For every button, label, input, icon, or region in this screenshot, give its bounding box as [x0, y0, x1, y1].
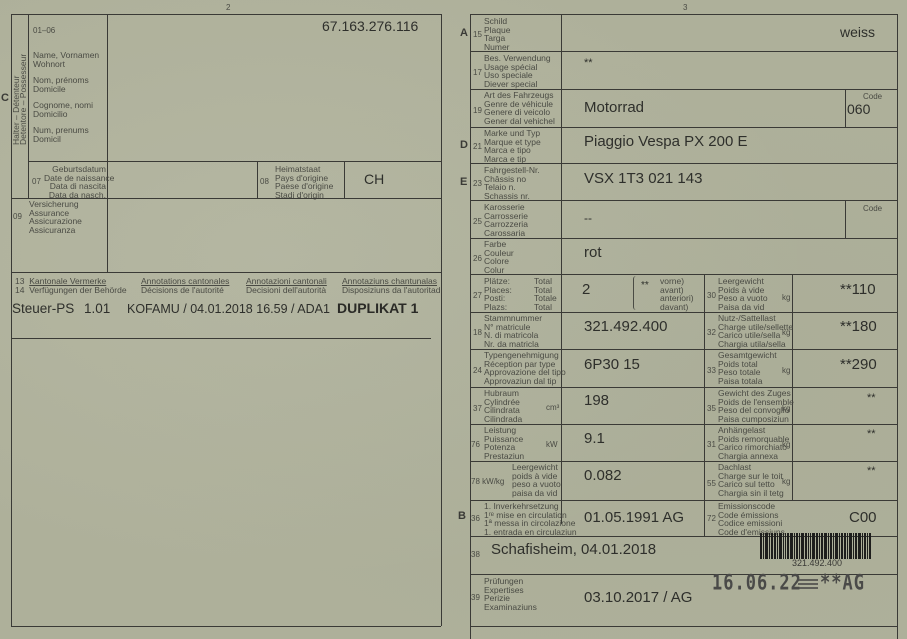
- plate-label: SchildPlaqueTargaNumer: [484, 17, 510, 51]
- field-17-number: 17: [473, 68, 482, 77]
- total-weight-value: **290: [840, 356, 877, 373]
- payload-unit: kg: [782, 328, 790, 337]
- annotations-header-rm: Annotaziuns chantunalasDisposiziuns da l…: [342, 277, 440, 294]
- holder-label-it: Cognome, nomiDomicilio: [33, 101, 93, 118]
- towing-load-value: **: [867, 428, 876, 440]
- roof-load-value: **: [867, 465, 876, 477]
- issue-place-date: Schafisheim, 04.01.2018: [491, 541, 656, 558]
- field-07-number: 07: [32, 177, 41, 186]
- field-35-number: 35: [707, 404, 716, 413]
- annotations-header-fr: Annotations cantonalesDécisions de l'aut…: [141, 277, 229, 294]
- power-weight-value: 0.082: [584, 467, 622, 484]
- vehicle-type-value: Motorrad: [584, 99, 644, 116]
- power-weight-label: Leergewichtpoids à videpeso a vuotopaisa…: [512, 463, 561, 497]
- inspection-stamp-date: 16.06.22: [712, 571, 802, 596]
- inspection-value: 03.10.2017 / AG: [584, 589, 692, 606]
- registration-number: 67.163.276.116: [322, 18, 418, 34]
- barcode: [760, 533, 893, 559]
- vehicle-type-code: 060: [847, 101, 870, 117]
- total-weight-label: GesamtgewichtPoids totalPeso totalePaisa…: [718, 351, 777, 385]
- holder-value-area[interactable]: [108, 40, 440, 160]
- displacement-unit: cm³: [546, 403, 559, 412]
- empty-weight-value: **110: [840, 281, 876, 298]
- field-39-number: 39: [471, 593, 480, 602]
- page-number-left: 2: [226, 3, 230, 12]
- emission-code-label: EmissionscodeCode émissionsCodice emissi…: [718, 502, 785, 536]
- steuer-ps-value: 1.01: [84, 301, 110, 316]
- field-37-number: 37: [473, 404, 482, 413]
- origin-label: HeimatstaatPays d'originePaese d'origine…: [275, 165, 333, 199]
- holder-vertical-label-2: Detentore – Possesseur: [19, 54, 28, 145]
- emission-code-value: C00: [849, 509, 877, 526]
- field-19-number: 19: [473, 106, 482, 115]
- chassis-value: VSX 1T3 021 143: [584, 170, 702, 187]
- master-number-label: StammnummerN° matriculeN. di matricolaNr…: [484, 314, 542, 348]
- seats-front-value: **: [641, 280, 649, 291]
- annotations-header-de: 13 Kantonale Vermerke 14 Verfügungen der…: [15, 277, 127, 294]
- displacement-value: 198: [584, 392, 609, 409]
- towing-load-label: AnhängelastPoids remorquableCarico rimor…: [718, 426, 789, 460]
- body-value: --: [584, 211, 592, 225]
- seats-label: Plätze:Places:Posti:Plazs:: [484, 277, 512, 311]
- field-78-number-unit: 78 kW/kg: [471, 477, 504, 486]
- field-55-number: 55: [707, 479, 716, 488]
- payload-value: **180: [840, 318, 877, 335]
- side-letter-e: E: [460, 176, 467, 188]
- make-type-label: Marke und TypMarque et typeMarca e tipoM…: [484, 129, 541, 163]
- annotations-free-area: [12, 339, 440, 625]
- combination-weight-unit: kg: [782, 404, 790, 413]
- power-unit: kW: [546, 440, 558, 449]
- holder-label-de: Name, VornamenWohnort: [33, 51, 99, 68]
- duplikat-badge: DUPLIKAT 1: [337, 300, 418, 316]
- inspections-label: PrüfungenExpertisesPerizieExaminaziuns: [484, 577, 537, 611]
- displacement-label: HubraumCylindréeCilindrataCilindrada: [484, 389, 522, 423]
- annotations-header-it: Annotazioni cantonaliDecisioni dell'auto…: [246, 277, 327, 294]
- empty-weight-unit: kg: [782, 293, 790, 302]
- field-72-number: 72: [707, 514, 716, 523]
- field-23-number: 23: [473, 179, 482, 188]
- type-approval-value: 6P30 15: [584, 356, 640, 373]
- field-33-number: 33: [707, 366, 716, 375]
- holder-label-fr: Nom, prénomsDomicile: [33, 76, 89, 93]
- left-page: 2 C Halter – Détenteur Detentore – Posse…: [0, 0, 450, 639]
- steuer-ps-label: Steuer-PS: [12, 301, 74, 316]
- insurance-label: VersicherungAssuranceAssicurazioneAssicu…: [29, 200, 82, 234]
- side-letter-c: C: [1, 92, 9, 104]
- power-value: 9.1: [584, 430, 605, 447]
- field-21-number: 21: [473, 142, 482, 151]
- seats-front-brace: [633, 276, 637, 310]
- seats-total-label: TotalTotalTotaleTotal: [534, 277, 557, 311]
- total-weight-unit: kg: [782, 366, 790, 375]
- make-type-value: Piaggio Vespa PX 200 E: [584, 133, 747, 150]
- chassis-label: Fahrgestell-Nr.Châssis noTelaio n.Schass…: [484, 166, 540, 200]
- side-letter-b: B: [458, 510, 466, 522]
- holder-label-rm: Num, prenumsDomicil: [33, 126, 89, 143]
- body-code-label: Code: [863, 204, 882, 213]
- special-usage-value: **: [584, 57, 593, 69]
- type-approval-label: TypengenehmigungRéception par typeApprov…: [484, 351, 566, 385]
- vehicle-type-code-label: Code: [863, 92, 882, 101]
- field-24-number: 24: [473, 366, 482, 375]
- page-number-right: 3: [683, 3, 687, 12]
- power-label: LeistungPuissancePotenzaPrestaziun: [484, 426, 524, 460]
- field-09-number: 09: [13, 212, 22, 221]
- empty-weight-label: LeergewichtPoids à videPeso a vuotoPaisa…: [718, 277, 768, 311]
- insurance-value-area[interactable]: [108, 199, 440, 272]
- field-26-number: 26: [473, 254, 482, 263]
- stamp-smudge: [798, 577, 818, 589]
- color-value: rot: [584, 244, 602, 261]
- first-registration-label: 1. Inverkehrsetzung1ʳᵉ mise en circulati…: [484, 502, 577, 536]
- right-page: 3 A 15 SchildPlaqueTargaNumer weiss 17 B…: [450, 0, 907, 639]
- field-32-number: 32: [707, 328, 716, 337]
- combination-weight-value: **: [867, 392, 876, 404]
- side-letter-a: A: [460, 27, 468, 39]
- color-label: FarbeCouleurColoreColur: [484, 240, 514, 274]
- towing-load-unit: kg: [782, 440, 790, 449]
- field-27-number: 27: [473, 291, 482, 300]
- field-15-number: 15: [473, 30, 482, 39]
- barcode-number: 321.492.400: [792, 558, 842, 568]
- roof-load-unit: kg: [782, 477, 790, 486]
- field-38-number: 38: [471, 550, 480, 559]
- kofamu-annotation: KOFAMU / 04.01.2018 16.59 / ADA1: [127, 302, 330, 316]
- plate-value: weiss: [840, 24, 875, 40]
- roof-load-label: DachlastCharge sur le toitCarico sul tet…: [718, 463, 784, 497]
- field-01-06-number: 01–06: [33, 26, 55, 35]
- field-30-number: 30: [707, 291, 716, 300]
- master-number-value: 321.492.400: [584, 318, 667, 335]
- field-25-number: 25: [473, 217, 482, 226]
- special-usage-label: Bes. VerwendungUsage spécialUso speciale…: [484, 54, 551, 88]
- birth-date-label: GeburtsdatumDate de naissanceData di nas…: [44, 165, 106, 199]
- inspection-stamp-canton: **AG: [820, 571, 865, 596]
- seats-front-label: vorne)avant)anteriori)davant): [660, 277, 694, 311]
- field-36-number: 36: [471, 514, 480, 523]
- field-31-number: 31: [707, 440, 716, 449]
- body-label: KarosserieCarrosserieCarrozzeriaCarossar…: [484, 203, 528, 237]
- field-08-number: 08: [260, 177, 269, 186]
- side-letter-d: D: [460, 139, 468, 151]
- field-18-number: 18: [473, 328, 482, 337]
- vehicle-type-label: Art des FahrzeugsGenre de véhiculeGenere…: [484, 91, 555, 125]
- origin-value: CH: [364, 171, 384, 187]
- seats-total-value: 2: [582, 281, 590, 298]
- first-registration-value: 01.05.1991 AG: [584, 509, 684, 526]
- field-76-number: 76: [471, 440, 480, 449]
